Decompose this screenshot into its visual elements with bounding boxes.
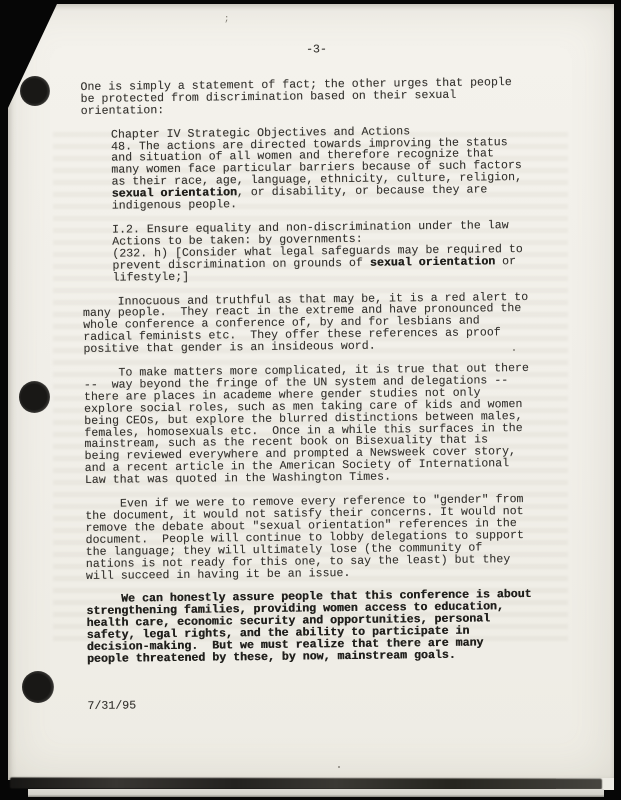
paragraph: We can honestly assure people that this … [86,589,567,666]
scan-speck [338,766,340,768]
hole-punch-top [20,76,50,106]
document-page: ; -3- One is simply a statement of fact;… [8,4,614,780]
page-bottom-edge-shadow [10,777,602,789]
paragraph: I.2. Ensure equality and non-discriminat… [112,220,563,285]
scan-artifact-mark: ; [224,14,229,24]
paragraph: Chapter IV Strategic Objectives and Acti… [111,124,562,212]
hole-punch-bottom [22,671,54,703]
hole-punch-middle [19,381,50,413]
document-body: One is simply a statement of fact; the o… [80,76,567,665]
date-stamp: 7/31/95 [87,695,567,712]
paragraph: To make matters more complicated, it is … [84,363,565,488]
paragraph: Even if we were to remove every referenc… [85,494,566,583]
scanned-page-background: ; -3- One is simply a statement of fact;… [0,0,621,800]
text-line: indigenous people. [112,196,562,213]
page-number: -3- [306,42,560,57]
paragraph: Innocuous and truthful as that may be, i… [83,291,564,356]
typewritten-text-layer: -3- One is simply a statement of fact; t… [80,42,568,713]
paragraph: One is simply a statement of fact; the o… [80,76,560,117]
underlying-sheet-edge [28,789,604,797]
